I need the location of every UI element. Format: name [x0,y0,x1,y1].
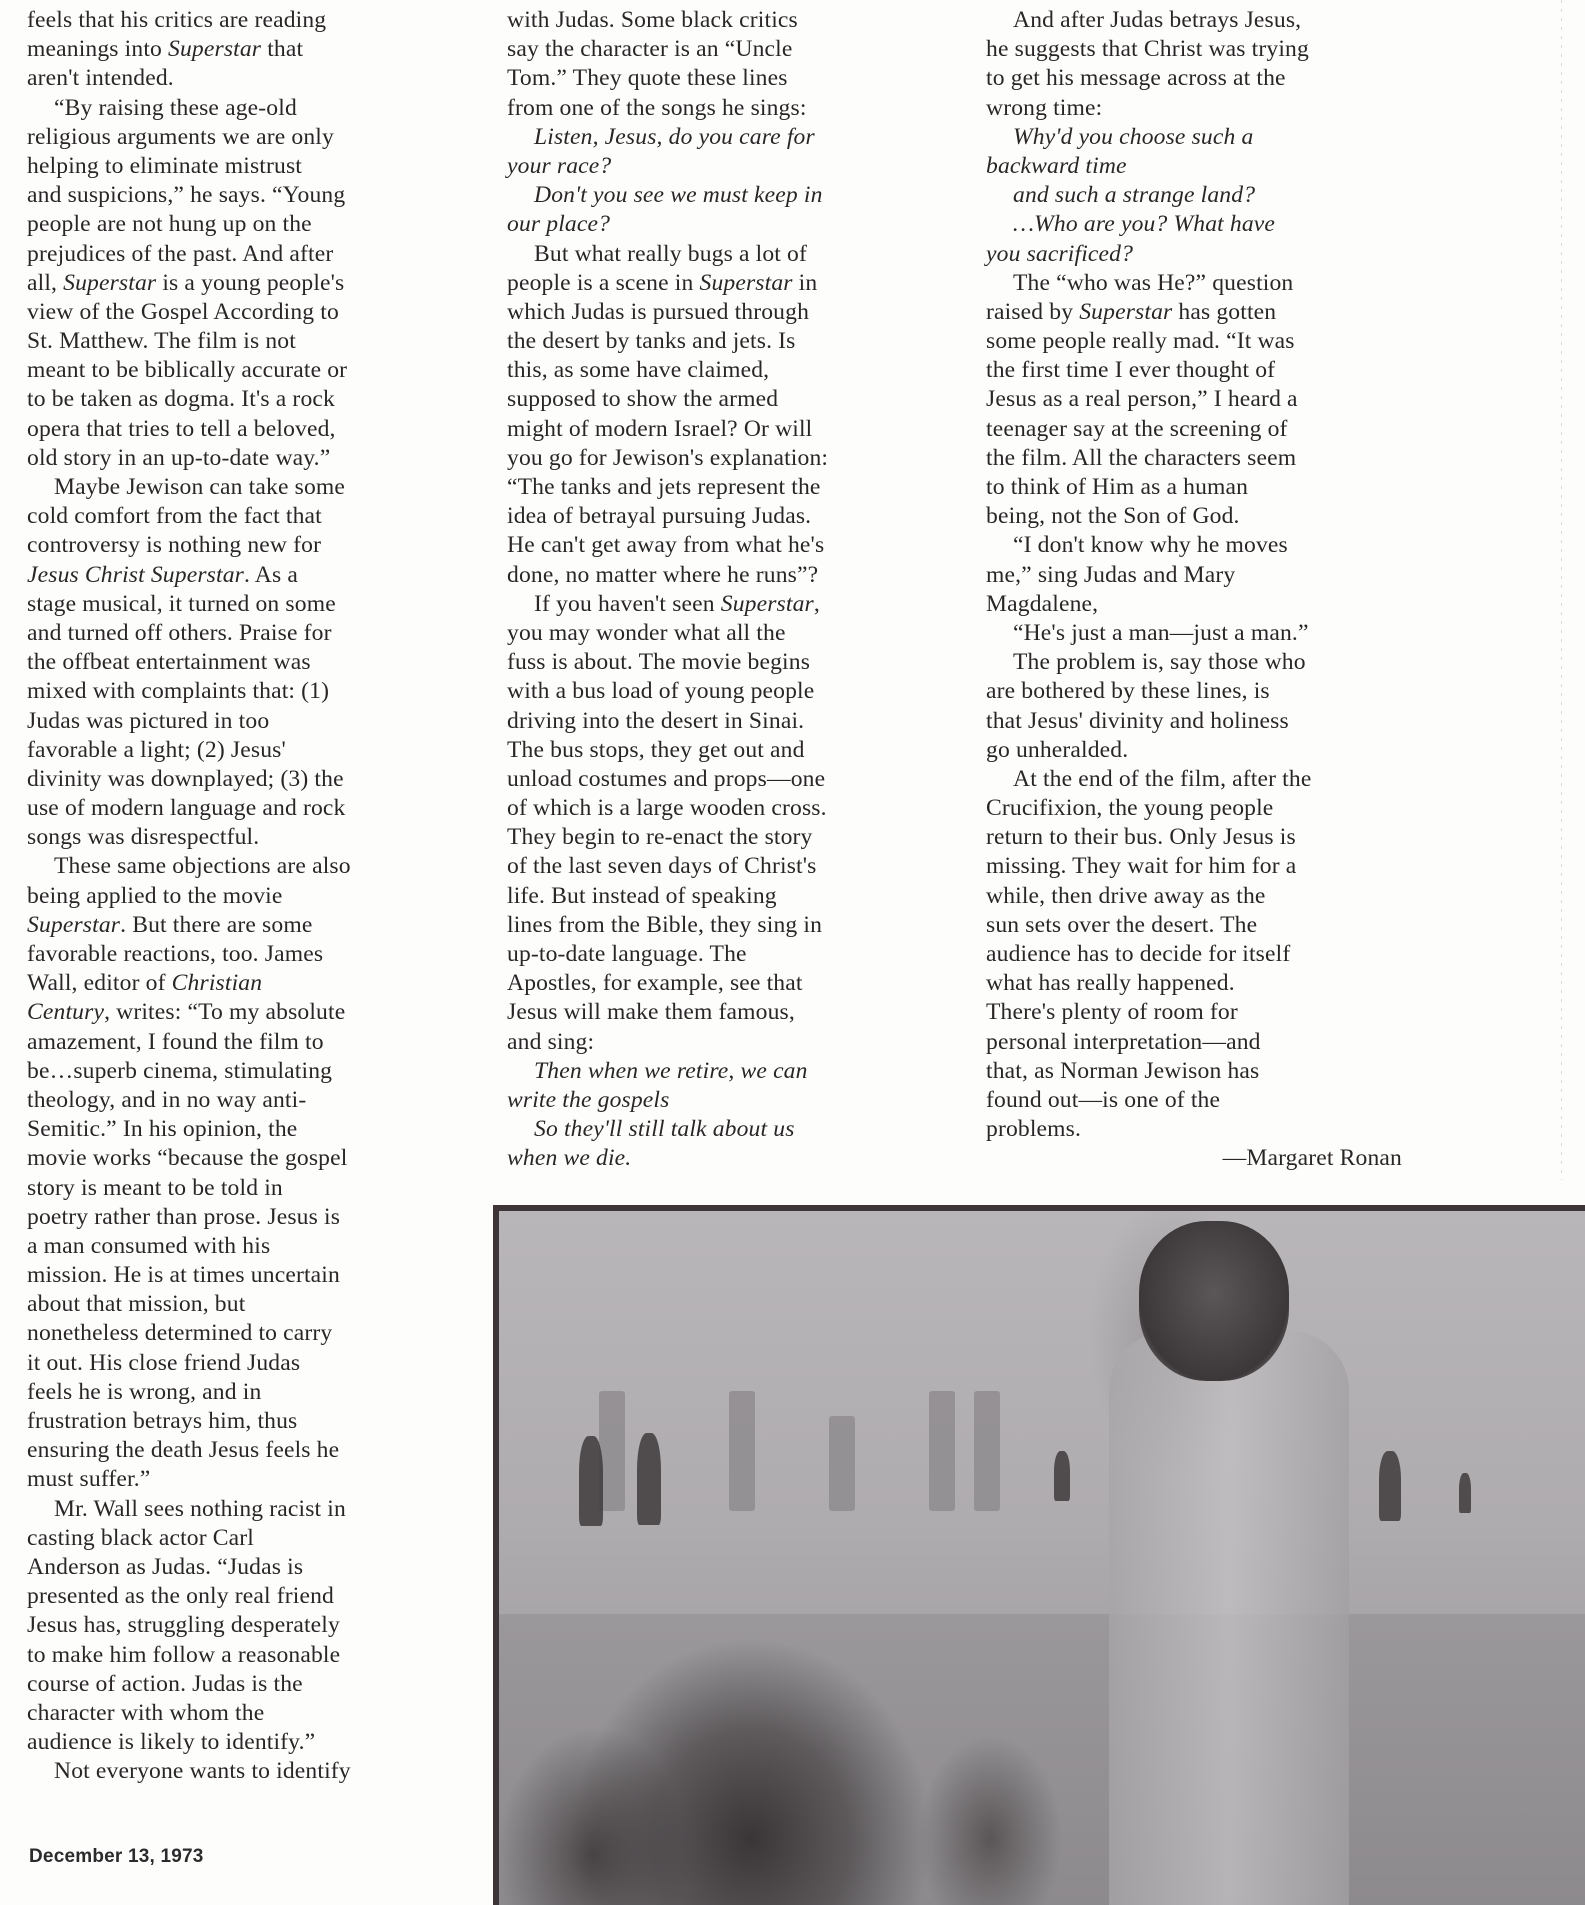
photo-column [974,1391,1000,1511]
text-line: being applied to the movie [27,882,467,911]
text-line: Jesus has, struggling desperately [27,1611,467,1640]
lyric-line: So they'll still talk about us [507,1115,947,1144]
text-line: to make him follow a reasonable [27,1641,467,1670]
text-line: Jesus Christ Superstar. As a [27,561,467,590]
text-line: with Judas. Some black critics [507,6,947,35]
photo-crowd-foreground [499,1575,1129,1905]
lyric-line: our place? [507,210,947,239]
text-line: Century, writes: “To my absolute [27,998,467,1027]
text-line: “He's just a man—just a man.” [986,619,1426,648]
text-line: fuss is about. The movie begins [507,648,947,677]
text-line: some people really mad. “It was [986,327,1426,356]
text-line: the first time I ever thought of [986,356,1426,385]
photo-column [829,1416,855,1511]
text-line: poetry rather than prose. Jesus is [27,1203,467,1232]
text-line: stage musical, it turned on some [27,590,467,619]
lyric-line: Then when we retire, we can [507,1057,947,1086]
text-line: meanings into Superstar that [27,35,467,64]
text-line: a man consumed with his [27,1232,467,1261]
text-line: If you haven't seen Superstar, [507,590,947,619]
italic-title: Century [27,999,104,1025]
text-line: mixed with complaints that: (1) [27,677,467,706]
text-line: casting black actor Carl [27,1524,467,1553]
text-line: religious arguments we are only [27,123,467,152]
text-line: to think of Him as a human [986,473,1426,502]
text-line: raised by Superstar has gotten [986,298,1426,327]
photo-figure [637,1433,661,1525]
text-line: “By raising these age-old [27,94,467,123]
photo-figure [1379,1451,1401,1521]
text-line: “I don't know why he moves [986,531,1426,560]
text-line: amazement, I found the film to [27,1028,467,1057]
text-line: he suggests that Christ was trying [986,35,1426,64]
text-line: that, as Norman Jewison has [986,1057,1426,1086]
text-line: Superstar. But there are some [27,911,467,940]
text-line: people are not hung up on the [27,210,467,239]
text-line: it out. His close friend Judas [27,1349,467,1378]
text-line: audience has to decide for itself [986,940,1426,969]
text-line: view of the Gospel According to [27,298,467,327]
lyric-line: write the gospels [507,1086,947,1115]
text-line: St. Matthew. The film is not [27,327,467,356]
text-line: Mr. Wall sees nothing racist in [27,1495,467,1524]
text-line: There's plenty of room for [986,998,1426,1027]
italic-title: Superstar [721,591,814,617]
text-line: might of modern Israel? Or will [507,415,947,444]
text-line: prejudices of the past. And after [27,240,467,269]
text-line: “The tanks and jets represent the [507,473,947,502]
text-line: story is meant to be told in [27,1174,467,1203]
text-line: The bus stops, they get out and [507,736,947,765]
text-line: Wall, editor of Christian [27,969,467,998]
text-line: about that mission, but [27,1290,467,1319]
text-line: These same objections are also [27,852,467,881]
text-line: movie works “because the gospel [27,1144,467,1173]
photo-figure [579,1436,603,1526]
text-line: presented as the only real friend [27,1582,467,1611]
text-line: be…superb cinema, stimulating [27,1057,467,1086]
text-line: Maybe Jewison can take some [27,473,467,502]
text-line: divinity was downplayed; (3) the [27,765,467,794]
text-line: opera that tries to tell a beloved, [27,415,467,444]
text-line: Jesus will make them famous, [507,998,947,1027]
text-line: while, then drive away as the [986,882,1426,911]
text-line: and turned off others. Praise for [27,619,467,648]
lyric-line: you sacrificed? [986,240,1426,269]
text-line: lines from the Bible, they sing in [507,911,947,940]
text-line: found out—is one of the [986,1086,1426,1115]
photo-robed-figure [1109,1331,1349,1905]
photo-sky [499,1211,1585,1614]
italic-title: Superstar [27,912,120,938]
text-line: cold comfort from the fact that [27,502,467,531]
text-line: aren't intended. [27,64,467,93]
article-column-right: And after Judas betrays Jesus,he suggest… [986,6,1426,1174]
film-still-photo [493,1205,1585,1905]
text-line: from one of the songs he sings: [507,94,947,123]
text-line: course of action. Judas is the [27,1670,467,1699]
text-line: and sing: [507,1028,947,1057]
text-line: personal interpretation—and [986,1028,1426,1057]
text-line: songs was disrespectful. [27,823,467,852]
text-line: old story in an up-to-date way.” [27,444,467,473]
italic-title: Christian [172,970,263,996]
text-line: that Jesus' divinity and holiness [986,707,1426,736]
text-line: Not everyone wants to identify [27,1757,467,1786]
text-line: must suffer.” [27,1465,467,1494]
text-line: of the last seven days of Christ's [507,852,947,881]
text-line: Tom.” They quote these lines [507,64,947,93]
text-line: the film. All the characters seem [986,444,1426,473]
text-line: But what really bugs a lot of [507,240,947,269]
text-line: audience is likely to identify.” [27,1728,467,1757]
lyric-line: your race? [507,152,947,181]
text-line: They begin to re-enact the story [507,823,947,852]
lyric-line: when we die. [507,1144,947,1173]
text-line: Crucifixion, the young people [986,794,1426,823]
text-line: all, Superstar is a young people's [27,269,467,298]
text-line: this, as some have claimed, [507,356,947,385]
text-line: feels he is wrong, and in [27,1378,467,1407]
text-line: go unheralded. [986,736,1426,765]
page-edge-line [1561,0,1562,1180]
issue-date: December 13, 1973 [29,1846,204,1868]
text-line: use of modern language and rock [27,794,467,823]
text-line: problems. [986,1115,1426,1144]
text-line: feels that his critics are reading [27,6,467,35]
photo-column [729,1391,755,1511]
lyric-line: backward time [986,152,1426,181]
text-line: are bothered by these lines, is [986,677,1426,706]
text-line: favorable reactions, too. James [27,940,467,969]
text-line: say the character is an “Uncle [507,35,947,64]
photo-figure [1054,1451,1070,1501]
text-line: idea of betrayal pursuing Judas. [507,502,947,531]
text-line: At the end of the film, after the [986,765,1426,794]
text-line: teenager say at the screening of [986,415,1426,444]
text-line: life. But instead of speaking [507,882,947,911]
text-line: and suspicions,” he says. “Young [27,181,467,210]
lyric-line: Don't you see we must keep in [507,181,947,210]
text-line: driving into the desert in Sinai. [507,707,947,736]
lyric-line: Why'd you choose such a [986,123,1426,152]
text-line: which Judas is pursued through [507,298,947,327]
text-line: The “who was He?” question [986,269,1426,298]
text-line: missing. They wait for him for a [986,852,1426,881]
text-line: to be taken as dogma. It's a rock [27,385,467,414]
text-line: Anderson as Judas. “Judas is [27,1553,467,1582]
text-line: Semitic.” In his opinion, the [27,1115,467,1144]
italic-title: Superstar [168,36,261,62]
text-line: me,” sing Judas and Mary [986,561,1426,590]
photo-figure-head [1139,1221,1289,1381]
photo-figure [1459,1473,1471,1513]
text-line: to get his message across at the [986,64,1426,93]
text-line: ensuring the death Jesus feels he [27,1436,467,1465]
text-line: mission. He is at times uncertain [27,1261,467,1290]
author-byline: —Margaret Ronan [986,1144,1426,1173]
article-column-middle: with Judas. Some black criticssay the ch… [507,6,947,1174]
lyric-line: Listen, Jesus, do you care for [507,123,947,152]
italic-title: Jesus Christ Superstar [27,562,244,588]
text-line: nonetheless determined to carry [27,1319,467,1348]
lyric-line: and such a strange land? [986,181,1426,210]
text-line: supposed to show the armed [507,385,947,414]
text-line: you go for Jewison's explanation: [507,444,947,473]
text-line: Apostles, for example, see that [507,969,947,998]
text-line: And after Judas betrays Jesus, [986,6,1426,35]
text-line: with a bus load of young people [507,677,947,706]
text-line: being, not the Son of God. [986,502,1426,531]
text-line: character with whom the [27,1699,467,1728]
article-column-left: feels that his critics are readingmeanin… [27,6,467,1786]
photo-column [929,1391,955,1511]
text-line: Jesus as a real person,” I heard a [986,385,1426,414]
text-line: Magdalene, [986,590,1426,619]
text-line: up-to-date language. The [507,940,947,969]
text-line: the offbeat entertainment was [27,648,467,677]
text-line: theology, and in no way anti- [27,1086,467,1115]
text-line: wrong time: [986,94,1426,123]
italic-title: Superstar [63,270,156,296]
text-line: the desert by tanks and jets. Is [507,327,947,356]
lyric-line: …Who are you? What have [986,210,1426,239]
text-line: He can't get away from what he's [507,531,947,560]
text-line: meant to be biblically accurate or [27,356,467,385]
italic-title: Superstar [700,270,793,296]
text-line: controversy is nothing new for [27,531,467,560]
text-line: done, no matter where he runs”? [507,561,947,590]
text-line: Judas was pictured in too [27,707,467,736]
text-line: what has really happened. [986,969,1426,998]
text-line: favorable a light; (2) Jesus' [27,736,467,765]
text-line: helping to eliminate mistrust [27,152,467,181]
text-line: sun sets over the desert. The [986,911,1426,940]
text-line: of which is a large wooden cross. [507,794,947,823]
italic-title: Superstar [1079,299,1172,325]
text-line: people is a scene in Superstar in [507,269,947,298]
text-line: unload costumes and props—one [507,765,947,794]
text-line: return to their bus. Only Jesus is [986,823,1426,852]
text-line: The problem is, say those who [986,648,1426,677]
text-line: you may wonder what all the [507,619,947,648]
text-line: frustration betrays him, thus [27,1407,467,1436]
